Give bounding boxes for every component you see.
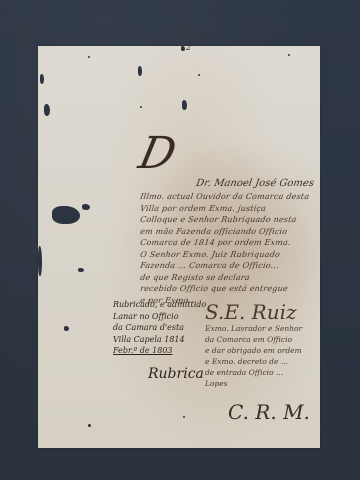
annotation-line: Villa Capela 1814 (113, 335, 213, 347)
speck (140, 106, 142, 108)
damage-hole (182, 100, 187, 110)
damage-hole (138, 66, 142, 76)
body-line: Comarca de 1814 por ordem Exma. (139, 238, 319, 250)
speck (88, 424, 91, 427)
signature-line: de entrada Officio ... (205, 368, 320, 379)
damage-hole (78, 268, 84, 272)
damage-hole (181, 46, 185, 51)
body-line: Fazenda ... Comarca de Officio... (139, 261, 319, 273)
body-line: Villa por ordem Exma. justiça (139, 204, 319, 216)
speck (288, 54, 290, 56)
margin-paraph-signature: Rubrica (148, 366, 204, 382)
annotation-line: Febr.º de 1803 (113, 346, 213, 358)
damage-hole (38, 246, 42, 276)
signature-flourish: S.E. Ruiz (205, 300, 320, 324)
annotation-line: da Camara d'esta (113, 323, 213, 335)
signature-line: Exmo. Lavrador e Senhor (205, 324, 320, 335)
body-line: Colloque e Senhor Rubriquado nesta (139, 215, 319, 227)
signature-line: e Exmo. decreto de ... (205, 357, 320, 368)
damage-hole (82, 204, 90, 210)
signature-line: e dar obrigado em ordem (205, 346, 320, 357)
body-line: de que Registo se declara (139, 273, 319, 285)
damage-hole (40, 74, 44, 84)
damage-hole (52, 206, 80, 224)
speck (198, 74, 200, 76)
closing-initials: C. R. M. (228, 400, 310, 424)
annotation-line: Rubricado, e admittido (113, 300, 213, 312)
damage-hole (64, 326, 69, 331)
body-line: em mão Fazenda officiando Officio (139, 227, 319, 239)
page-mark: 2 (186, 44, 191, 52)
annotation-line: Lanar no Officio (113, 312, 213, 324)
signature-block: S.E. Ruiz Exmo. Lavrador e Senhor da Com… (205, 300, 320, 390)
body-line: Illmo. actual Ouvidor da Comarca desta (139, 192, 319, 204)
signature-line: Lopes (205, 379, 320, 390)
body-line: recebido Officio que está entregue (139, 284, 319, 296)
salutation-line: Dr. Manoel José Gomes (195, 179, 315, 189)
body-line: O Senhor Exmo. Juiz Rubriquado (139, 250, 319, 262)
speck (88, 56, 90, 58)
letter-body: Illmo. actual Ouvidor da Comarca desta V… (140, 192, 318, 307)
damage-hole (44, 104, 50, 116)
margin-annotation: Rubricado, e admittido Lanar no Officio … (113, 300, 213, 358)
speck (183, 416, 185, 418)
signature-line: da Comarca em Officio (205, 335, 320, 346)
